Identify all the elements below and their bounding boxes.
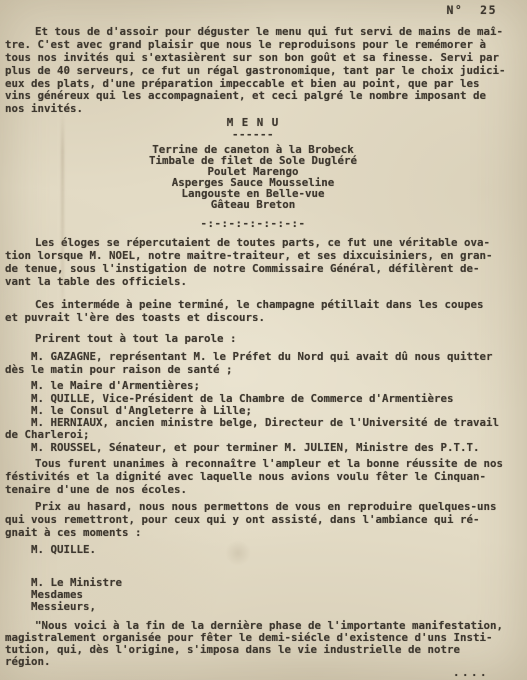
text-line: vant la table des officiels.: [5, 276, 515, 289]
ovation-paragraph: Les éloges se répercutaient de toutes pa…: [5, 237, 515, 289]
quille-line-block: M. QUILLE.: [5, 544, 515, 557]
text-line: Tous furent unanimes à reconnaître l'amp…: [5, 458, 515, 471]
quille-line: M. QUILLE.: [5, 544, 515, 557]
text-line: gnait à ces moments :: [5, 527, 515, 540]
menu-item-list: Terrine de caneton à la Brobeck Timbale …: [5, 144, 515, 210]
page-number: N° 25: [5, 4, 515, 17]
interlude-paragraph: Ces interméde à peine terminé, le champa…: [5, 299, 515, 325]
speaker-item: M. le Maire d'Armentières;: [5, 380, 515, 392]
speaker-item-continuation: de Charleroi;: [5, 429, 515, 441]
text-line: nos invités.: [5, 103, 515, 116]
continuation-dots: ....: [5, 667, 515, 680]
reproduction-paragraph: Prix au hasard, nous nous permettons de …: [5, 501, 515, 540]
text-line: Prirent tout à tout la parole :: [5, 333, 515, 346]
menu-underline: ------: [5, 130, 515, 140]
speaker-item: M. ROUSSEL, Sénateur, et pour terminer M…: [5, 442, 515, 454]
text-line: de tenue, sous l'instigation de notre Co…: [5, 263, 515, 276]
speaker-item: M. QUILLE, Vice-Président de la Chambre …: [5, 393, 515, 405]
text-line: tution, qui, dès l'origine, s'imposa dan…: [5, 644, 515, 656]
salutation-line: Mesdames: [5, 589, 515, 601]
menu-separator: -:-:-:-:-:-:-:-: [5, 218, 515, 231]
intro-paragraph: Et tous de d'assoir pour déguster le men…: [5, 26, 515, 116]
menu-item: Gâteau Breton: [5, 199, 515, 210]
speeches-intro: Prirent tout à tout la parole :: [5, 333, 515, 346]
document-page: N° 25 Et tous de d'assoir pour déguster …: [0, 0, 527, 680]
text-line: tenaire d'une de nos écoles.: [5, 484, 515, 497]
text-line: région.: [5, 656, 515, 668]
text-line: féstivités et la dignité avec laquelle n…: [5, 471, 515, 484]
menu-heading: M E N U ------: [5, 117, 515, 140]
text-line: qui vous remettront, pour ceux qui y ont…: [5, 514, 515, 527]
text-line: tous nos invités qui s'extasièrent sur s…: [5, 52, 515, 65]
unanimity-paragraph: Tous furent unanimes à reconnaître l'amp…: [5, 458, 515, 497]
speech-quote-paragraph: "Nous voici à la fin de la dernière phas…: [5, 620, 515, 667]
text-line: tre. C'est avec grand plaisir que nous l…: [5, 39, 515, 52]
salutation-block: M. Le Ministre Mesdames Messieurs,: [5, 577, 515, 612]
text-line: Ces interméde à peine terminé, le champa…: [5, 299, 515, 312]
speaker-list: M. le Maire d'Armentières; M. QUILLE, Vi…: [5, 380, 515, 454]
gazagne-paragraph: M. GAZAGNE, représentant M. le Préfet du…: [5, 351, 515, 377]
text-line: tion lorsque M. NOEL, notre maitre-trait…: [5, 250, 515, 263]
text-line: Et tous de d'assoir pour déguster le men…: [5, 26, 515, 39]
salutation-line: Messieurs,: [5, 601, 515, 613]
text-line: dès le matin pour raison de santé ;: [5, 364, 515, 377]
text-line: plus de 40 serveurs, ce fut un régal gas…: [5, 65, 515, 78]
text-line: Prix au hasard, nous nous permettons de …: [5, 501, 515, 514]
text-line: et puvrait l'ère des toasts et discours.: [5, 312, 515, 325]
